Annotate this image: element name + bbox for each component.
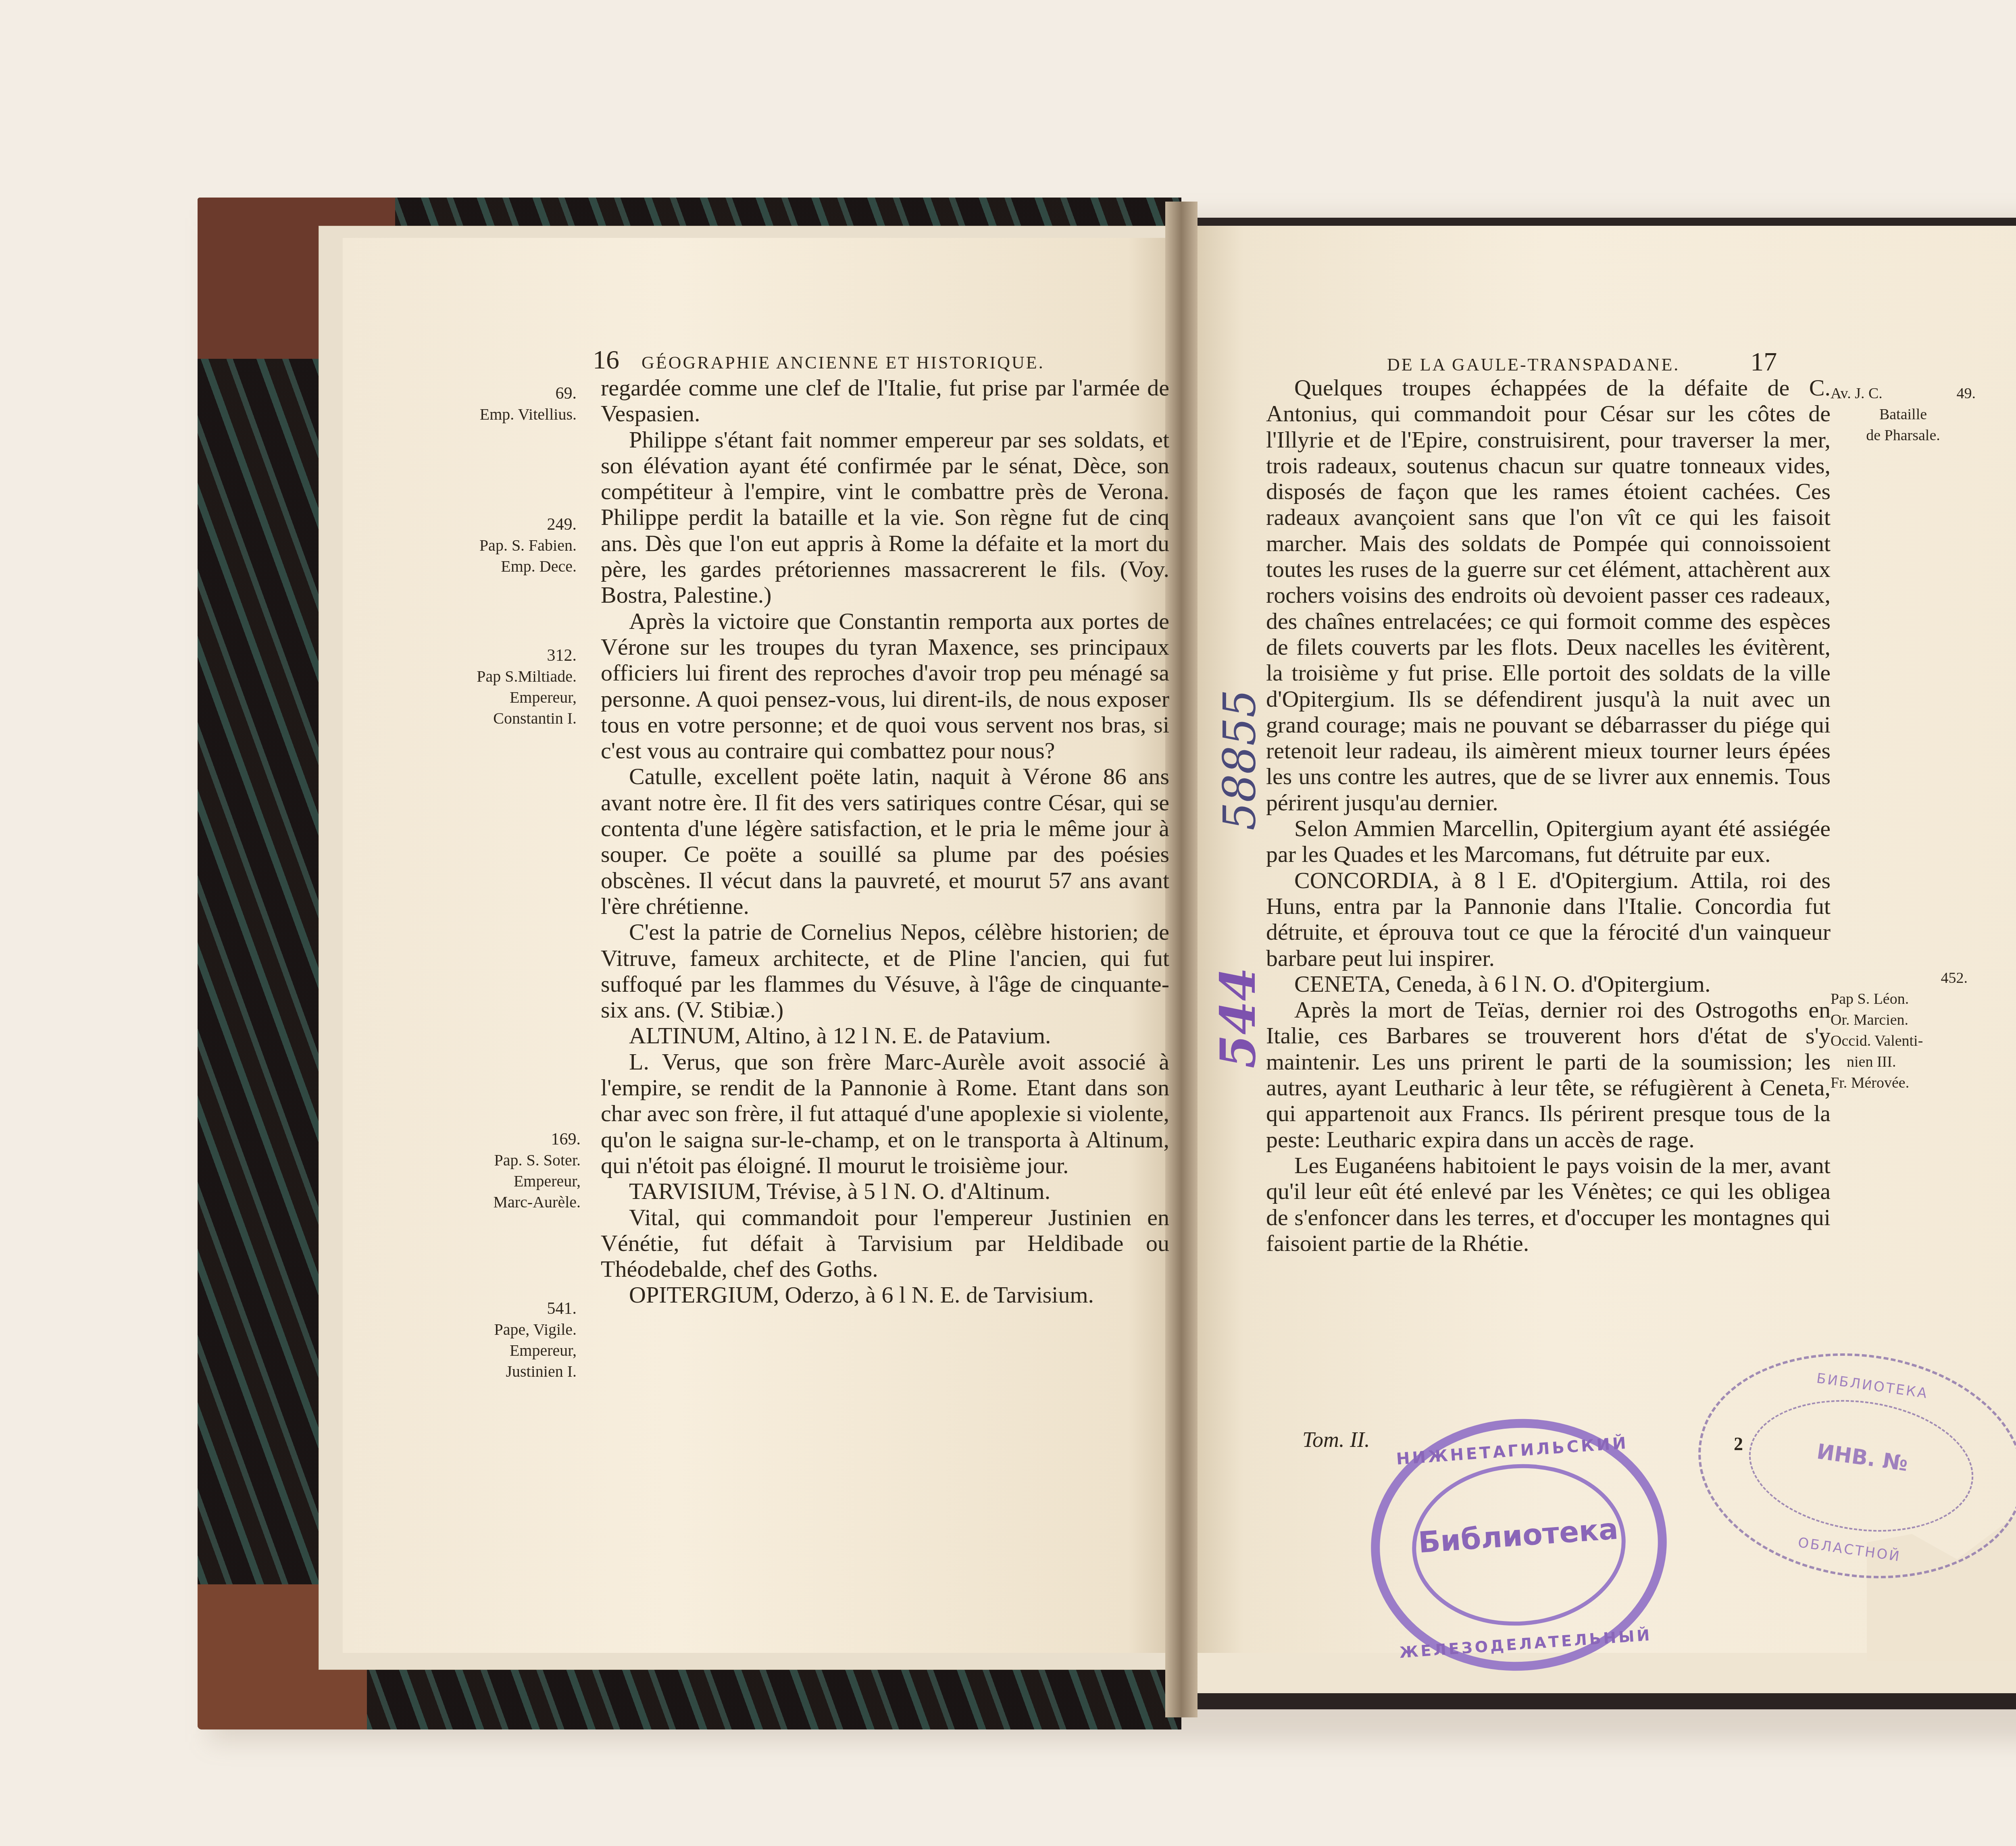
margin-note: 452. Pap S. Léon. Or. Marcien. Occid. Va… bbox=[1831, 968, 1968, 1093]
paragraph: Après la mort de Teïas, dernier roi des … bbox=[1266, 997, 1831, 1153]
paragraph: Catulle, excellent poëte latin, naquit à… bbox=[601, 764, 1169, 919]
paragraph: Quelques troupes échappées de la défaite… bbox=[1266, 375, 1831, 816]
entry-heading: ALTINUM, Altino, à 12 l N. E. de Pataviu… bbox=[601, 1023, 1169, 1049]
book-gutter bbox=[1165, 202, 1198, 1717]
left-page-body: regardée comme une clef de l'Italie, fut… bbox=[601, 375, 1169, 1308]
page-number: 16 bbox=[593, 345, 619, 375]
paragraph: Philippe s'étant fait nommer empereur pa… bbox=[601, 427, 1169, 608]
entry-heading: OPITERGIUM, Oderzo, à 6 l N. E. de Tarvi… bbox=[601, 1282, 1169, 1308]
entry-heading: TARVISIUM, Trévise, à 5 l N. O. d'Altinu… bbox=[601, 1178, 1169, 1204]
margin-note: 69. Emp. Vitellius. bbox=[407, 383, 577, 425]
margin-note: 249. Pap. S. Fabien. Emp. Dece. bbox=[407, 514, 577, 577]
paragraph: L. Verus, que son frère Marc-Aurèle avoi… bbox=[601, 1049, 1169, 1178]
margin-note: 169. Pap. S. Soter. Empereur, Marc-Aurèl… bbox=[407, 1129, 581, 1213]
page-number: 17 bbox=[1750, 347, 1777, 377]
running-head-title: GÉOGRAPHIE ANCIENNE ET HISTORIQUE. bbox=[641, 353, 1045, 373]
margin-note: 541. Pape, Vigile. Empereur, Justinien I… bbox=[407, 1298, 577, 1382]
handwritten-shelf-number: 544 bbox=[1210, 968, 1266, 1069]
paragraph: CONCORDIA, à 8 l E. d'Opitergium. Attila… bbox=[1266, 868, 1831, 971]
paragraph: Vital, qui commandoit pour l'empereur Ju… bbox=[601, 1205, 1169, 1282]
running-head-title: DE LA GAULE-TRANSPADANE. bbox=[1387, 355, 1680, 375]
entry-heading: CENETA, Ceneda, à 6 l N. O. d'Opitergium… bbox=[1266, 971, 1831, 997]
paragraph: C'est la patrie de Cornelius Nepos, célè… bbox=[601, 919, 1169, 1023]
paragraph: Selon Ammien Marcellin, Opitergium ayant… bbox=[1266, 816, 1831, 868]
right-running-head: DE LA GAULE-TRANSPADANE. 17 bbox=[1387, 347, 1777, 377]
handwritten-inventory-number: 58855 bbox=[1214, 689, 1265, 830]
margin-note: 49. Av. J. C. Bataille de Pharsale. bbox=[1831, 383, 1976, 446]
margin-note: 312. Pap S.Miltiade. Empereur, Constanti… bbox=[407, 645, 577, 729]
volume-signature: Tom. II. bbox=[1302, 1427, 1370, 1452]
left-running-head: 16 GÉOGRAPHIE ANCIENNE ET HISTORIQUE. bbox=[593, 345, 1045, 375]
paragraph: regardée comme une clef de l'Italie, fut… bbox=[601, 375, 1169, 427]
paragraph: Les Euganéens habitoient le pays voisin … bbox=[1266, 1153, 1831, 1256]
right-page-body: Quelques troupes échappées de la défaite… bbox=[1266, 375, 1831, 1256]
paragraph: Après la victoire que Constantin remport… bbox=[601, 608, 1169, 764]
